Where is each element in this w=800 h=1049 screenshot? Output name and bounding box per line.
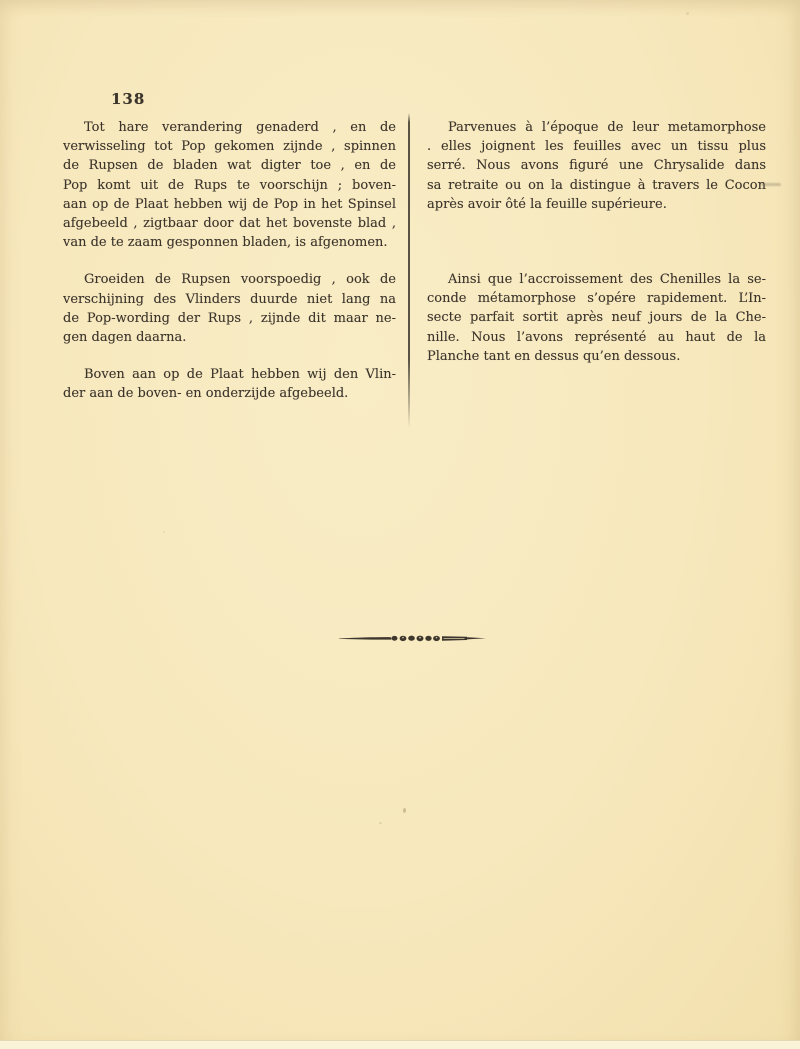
text-line: nille. Nous l’avons représenté au haut d… xyxy=(427,328,766,347)
paper-speck xyxy=(379,822,382,824)
text-line: Ainsi que l’accroissement des Chenilles … xyxy=(427,270,766,289)
dutch-paragraph-1: Tot hare verandering genaderd , en de ge… xyxy=(63,118,396,252)
paper-speck xyxy=(403,808,406,813)
dutch-paragraph-2: Groeiden de Rupsen voorspoedig , ook de … xyxy=(63,270,396,347)
text-line: sa retraite ou on la distingue à travers… xyxy=(427,176,766,195)
text-line: verwisseling tot Pop gekomen zijnde , sp… xyxy=(63,137,396,156)
french-paragraph-2: Ainsi que l’accroissement des Chenilles … xyxy=(427,270,766,366)
page-number: 138 xyxy=(111,90,145,108)
text-line: van de te zaam gesponnen bladen, is afge… xyxy=(63,233,396,252)
text-line: Planche tant en dessus qu’en dessous. xyxy=(427,347,766,366)
text-line: Parvenues à l’époque de leur metamorphos… xyxy=(427,118,766,137)
paper-speck xyxy=(686,12,689,15)
text-line: serré. Nous avons figuré une Chrysalide … xyxy=(427,156,766,175)
text-line: de Pop-wording der Rups , zijnde dit maa… xyxy=(63,309,396,328)
text-line: Tot hare verandering genaderd , en de ge… xyxy=(63,118,396,137)
text-line: de Rupsen de bladen wat digter toe , en … xyxy=(63,156,396,175)
page-bottom-edge xyxy=(0,1040,800,1049)
text-line: afgebeeld , zigtbaar door dat het bovens… xyxy=(63,214,396,233)
text-line: gen dagen daarna. xyxy=(63,328,396,347)
paper-speck xyxy=(163,531,165,533)
text-line: après avoir ôté la feuille supérieure. xyxy=(427,195,766,214)
ornament-divider-icon xyxy=(339,633,486,644)
book-page: 138 Tot hare verandering genaderd , en d… xyxy=(0,0,800,1049)
text-line: Pop komt uit de Rups te voorschijn ; bov… xyxy=(63,176,396,195)
column-divider-rule xyxy=(408,113,410,428)
french-paragraph-1: Parvenues à l’époque de leur metamorphos… xyxy=(427,118,766,214)
text-line: aan op de Plaat hebben wij de Pop in het… xyxy=(63,195,396,214)
text-line: verschijning des Vlinders duurde niet la… xyxy=(63,290,396,309)
french-text-column: Parvenues à l’époque de leur metamorphos… xyxy=(427,118,766,366)
pencil-smudge xyxy=(761,183,781,186)
text-line: secte parfait sortit après neuf jours de… xyxy=(427,308,766,327)
dutch-paragraph-3: Boven aan op de Plaat hebben wij den Vli… xyxy=(63,365,396,403)
text-line: Groeiden de Rupsen voorspoedig , ook de xyxy=(63,270,396,289)
text-line: der aan de boven- en onderzijde afgebeel… xyxy=(63,384,396,403)
text-line: Boven aan op de Plaat hebben wij den Vli… xyxy=(63,365,396,384)
dutch-text-column: Tot hare verandering genaderd , en de ge… xyxy=(63,118,396,403)
text-line: . elles joignent les feuilles avec un ti… xyxy=(427,137,766,156)
text-line: conde métamorphose s’opére rapidement. L… xyxy=(427,289,766,308)
